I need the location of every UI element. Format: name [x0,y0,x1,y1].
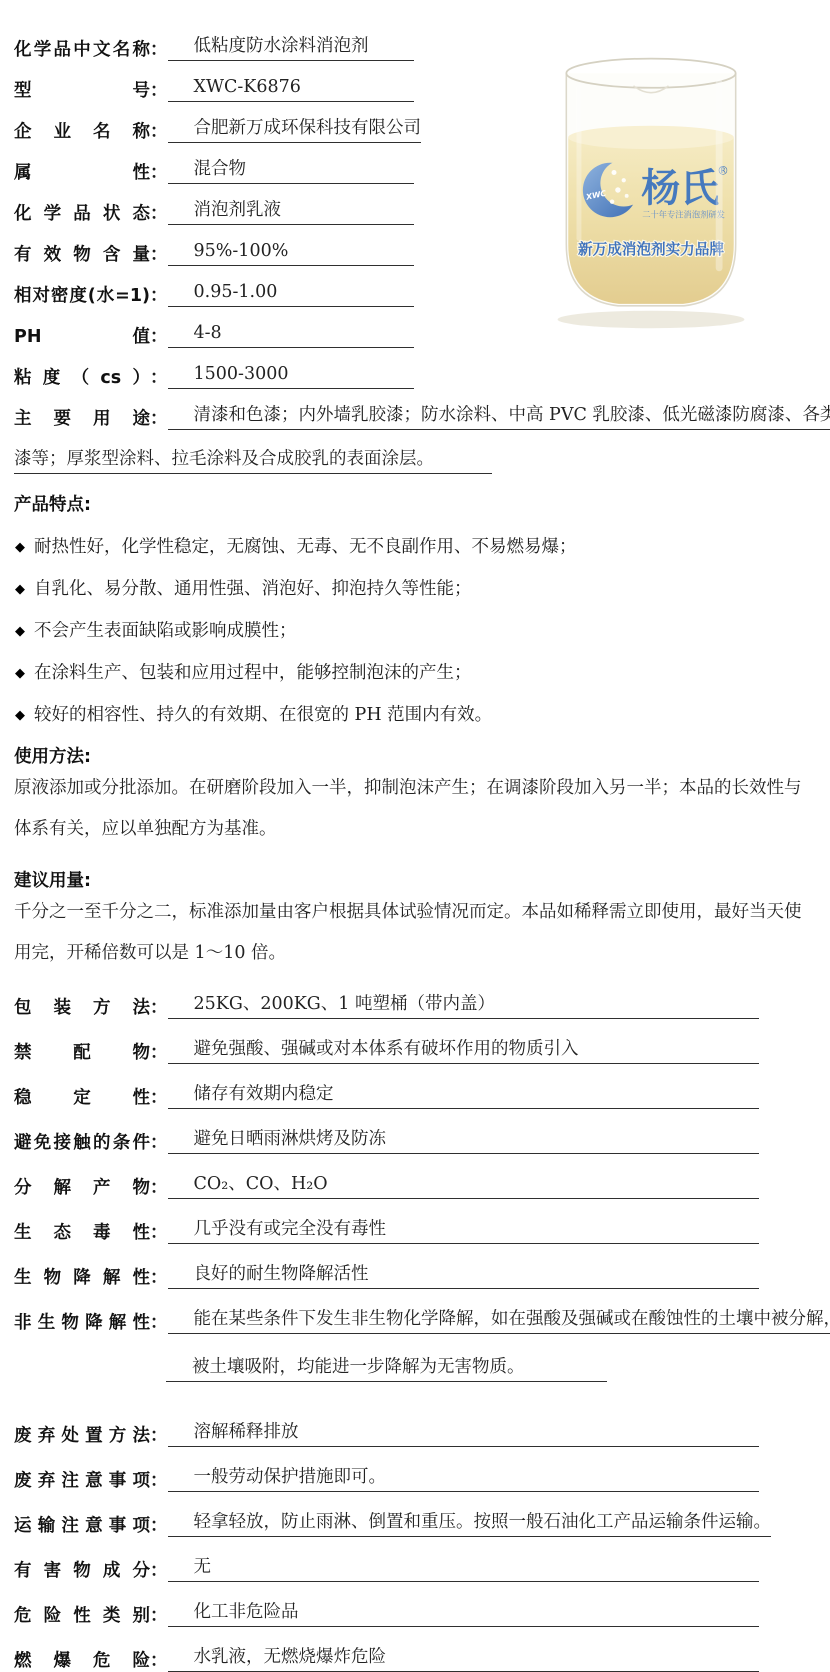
field-value: 无 [168,1557,760,1582]
field-value: 混合物 [168,159,415,184]
field-colon: ： [150,40,168,61]
usage-paragraph: 原液添加或分批添加。在研磨阶段加入一半，抑制泡沫产生；在调漆阶段加入另一半；本品… [14,768,816,850]
field-label: 禁配物 [14,1043,150,1064]
field-colon: ： [150,1133,168,1154]
field-value: 1500-3000 [168,364,415,389]
field-label: 避免接触的条件 [14,1133,150,1154]
field-value: CO₂、CO、H₂O [168,1174,760,1199]
diamond-bullet-icon: ◆ [15,582,25,597]
diamond-bullet-icon: ◆ [15,708,25,723]
field-value: 4-8 [168,323,415,348]
field-row-decomposition: 分解产物：CO₂、CO、H₂O [14,1154,759,1199]
field-value: 溶解稀释排放 [168,1422,760,1447]
diamond-bullet-icon: ◆ [15,666,25,681]
field-row-model: 型号：XWC-K6876 [14,61,414,102]
field-label: 运输注意事项 [14,1516,150,1537]
field-value: 避免日晒雨淋烘烤及防冻 [168,1129,760,1154]
field-row-ph: PH值：4-8 [14,307,414,348]
field-row-disposal-method: 废弃处置方法：溶解稀释排放 [14,1402,759,1447]
feature-text: 耐热性好，化学性稳定，无腐蚀、无毒、无不良副作用、不易燃易爆； [34,533,577,558]
field-colon: ： [150,1178,168,1199]
field-label: 分解产物 [14,1178,150,1199]
field-label: 危险性类别 [14,1606,150,1627]
feature-item: ◆较好的相容性、持久的有效期、在很宽的 PH 范围内有效。 [14,684,816,726]
field-value: 轻拿轻放，防止雨淋、倒置和重压。按照一般石油化工产品运输条件运输。 [168,1512,772,1537]
field-label: 燃爆危险 [14,1651,150,1672]
field-label: 主要用途 [14,409,150,430]
diamond-bullet-icon: ◆ [15,540,25,555]
field-label: 包装方法 [14,998,150,1019]
field-colon: ： [150,163,168,184]
field-value: 避免强酸、强碱或对本体系有破坏作用的物质引入 [168,1039,760,1064]
section-gap [14,1382,816,1402]
field-colon: ： [150,1516,168,1537]
field-value: 良好的耐生物降解活性 [168,1264,760,1289]
field-value: 清漆和色漆；内外墙乳胶漆；防水涂料、中高 PVC 乳胶漆、低光磁漆防腐漆、各类工… [168,405,830,430]
beaker-shadow [558,311,745,329]
field-label: 型号 [14,81,150,102]
field-value: 能在某些条件下发生非生物化学降解，如在强酸及强碱或在酸蚀性的土壤中被分解，可 [168,1309,830,1334]
field-row-harmful-ingredients: 有害物成分：无 [14,1537,759,1582]
product-photo-beaker: XWC 杨氏 ® 二十年专注消泡剂研发 新万成消泡剂实力品牌 [520,44,782,336]
feature-text: 在涂料生产、包装和应用过程中，能够控制泡沫的产生； [34,659,472,684]
field-row-viscosity: 粘度（cs）：1500-3000 [14,348,414,389]
field-label: 企业名称 [14,122,150,143]
brand-moon-logo-icon: XWC [583,163,638,218]
field-value: 95%-100% [168,241,415,266]
section-heading-dosage: 建议用量: [14,850,816,892]
field-value: 合肥新万成环保科技有限公司 [168,118,422,143]
field-value: 化工非危险品 [168,1602,760,1627]
field-row-conditions-to-avoid: 避免接触的条件：避免日晒雨淋烘烤及防冻 [14,1109,759,1154]
feature-item: ◆在涂料生产、包装和应用过程中，能够控制泡沫的产生； [14,642,816,684]
field-colon: ： [150,122,168,143]
field-label: 粘度（cs） [14,368,150,389]
field-value: 消泡剂乳液 [168,200,415,225]
feature-item: ◆自乳化、易分散、通用性强、消泡好、抑泡持久等性能； [14,558,816,600]
brand-name-text: 杨氏 [641,166,719,212]
field-colon: ： [150,1313,168,1334]
field-row-disposal-precautions: 废弃注意事项：一般劳动保护措施即可。 [14,1447,759,1492]
field-colon: ： [150,327,168,348]
field-row-eco-toxicity: 生态毒性：几乎没有或完全没有毒性 [14,1199,759,1244]
field-row-hazard-class: 危险性类别：化工非危险品 [14,1582,759,1627]
field-colon: ： [150,245,168,266]
field-colon: ： [150,1606,168,1627]
field-label: 化学品中文名称 [14,40,150,61]
diamond-bullet-icon: ◆ [15,624,25,639]
field-colon: ： [150,998,168,1019]
field-value: 储存有效期内稳定 [168,1084,760,1109]
field-label: 有效物含量 [14,245,150,266]
beaker-illustration: XWC 杨氏 ® 二十年专注消泡剂研发 新万成消泡剂实力品牌 [520,44,782,336]
field-colon: ： [150,1651,168,1672]
feature-text: 不会产生表面缺陷或影响成膜性； [34,617,297,642]
field-value-continuation: 被土壤吸附，均能进一步降解为无害物质。 [166,1334,607,1382]
field-colon: ： [150,1043,168,1064]
field-label: 废弃注意事项 [14,1471,150,1492]
beaker-liquid [568,137,733,303]
field-value: 几乎没有或完全没有毒性 [168,1219,760,1244]
field-row-state: 化学品状态：消泡剂乳液 [14,184,414,225]
field-colon: ： [150,1426,168,1447]
field-colon: ： [150,1471,168,1492]
field-row-company: 企业名称：合肥新万成环保科技有限公司 [14,102,414,143]
field-value: 0.95-1.00 [168,282,415,307]
field-colon: ： [150,409,168,430]
feature-text: 自乳化、易分散、通用性强、消泡好、抑泡持久等性能； [34,575,472,600]
field-row-packing: 包装方法：25KG、200KG、1 吨塑桶（带内盖） [14,974,759,1019]
field-colon: ： [150,1223,168,1244]
field-row-density: 相对密度(水=1)：0.95-1.00 [14,266,414,307]
field-row-active-content: 有效物含量：95%-100% [14,225,414,266]
product-spec-document: 化学品中文名称：低粘度防水涂料消泡剂 型号：XWC-K6876 企业名称：合肥新… [0,0,830,1672]
field-row-incompatibles: 禁配物：避免强酸、强碱或对本体系有破坏作用的物质引入 [14,1019,759,1064]
field-label: 生物降解性 [14,1268,150,1289]
feature-item: ◆耐热性好，化学性稳定，无腐蚀、无毒、无不良副作用、不易燃易爆； [14,516,816,558]
section-heading-usage: 使用方法: [14,726,816,768]
field-value: 一般劳动保护措施即可。 [168,1467,760,1492]
field-colon: ： [150,204,168,225]
brand-tagline-text: 二十年专注消泡剂研发 [642,209,725,219]
field-value-continuation: 漆等；厚浆型涂料、拉毛涂料及合成胶乳的表面涂层。 [14,430,492,474]
field-label: 属性 [14,163,150,184]
field-colon: ： [150,1088,168,1109]
field-label: 有害物成分 [14,1561,150,1582]
section-heading-features: 产品特点: [14,474,816,516]
feature-item: ◆不会产生表面缺陷或影响成膜性； [14,600,816,642]
field-value: 水乳液，无燃烧爆炸危险 [168,1647,760,1672]
field-row-main-use: 主要用途：清漆和色漆；内外墙乳胶漆；防水涂料、中高 PVC 乳胶漆、低光磁漆防腐… [14,389,816,430]
field-row-chemical-name: 化学品中文名称：低粘度防水涂料消泡剂 [14,20,414,61]
field-colon: ： [150,1268,168,1289]
field-row-stability: 稳定性：储存有效期内稳定 [14,1064,759,1109]
field-label: 生态毒性 [14,1223,150,1244]
field-value: 25KG、200KG、1 吨塑桶（带内盖） [168,994,760,1019]
field-value: XWC-K6876 [168,77,415,102]
field-value: 低粘度防水涂料消泡剂 [168,36,415,61]
field-colon: ： [150,1561,168,1582]
field-label: 废弃处置方法 [14,1426,150,1447]
field-label: 非生物降解性 [14,1313,150,1334]
field-label: 化学品状态 [14,204,150,225]
field-label: 稳定性 [14,1088,150,1109]
field-row-biodegradability: 生物降解性：良好的耐生物降解活性 [14,1244,759,1289]
liquid-surface [568,126,733,149]
field-colon: ： [150,286,168,307]
field-row-fire-explosion-hazard: 燃爆危险：水乳液，无燃烧爆炸危险 [14,1627,759,1672]
field-row-transport-precautions: 运输注意事项：轻拿轻放，防止雨淋、倒置和重压。按照一般石油化工产品运输条件运输。 [14,1492,759,1537]
field-colon: ： [150,368,168,389]
feature-text: 较好的相容性、持久的有效期、在很宽的 PH 范围内有效。 [34,701,492,726]
field-label: PH值 [14,327,150,348]
dosage-paragraph: 千分之一至千分之二，标准添加量由客户根据具体试验情况而定。本品如稀释需立即使用，… [14,892,816,974]
brand-slogan-text: 新万成消泡剂实力品牌 [578,240,724,258]
field-row-attribute: 属性：混合物 [14,143,414,184]
field-row-non-biodegradability: 非生物降解性：能在某些条件下发生非生物化学降解，如在强酸及强碱或在酸蚀性的土壤中… [14,1289,759,1334]
field-label: 相对密度(水=1) [14,286,150,307]
field-colon: ： [150,81,168,102]
